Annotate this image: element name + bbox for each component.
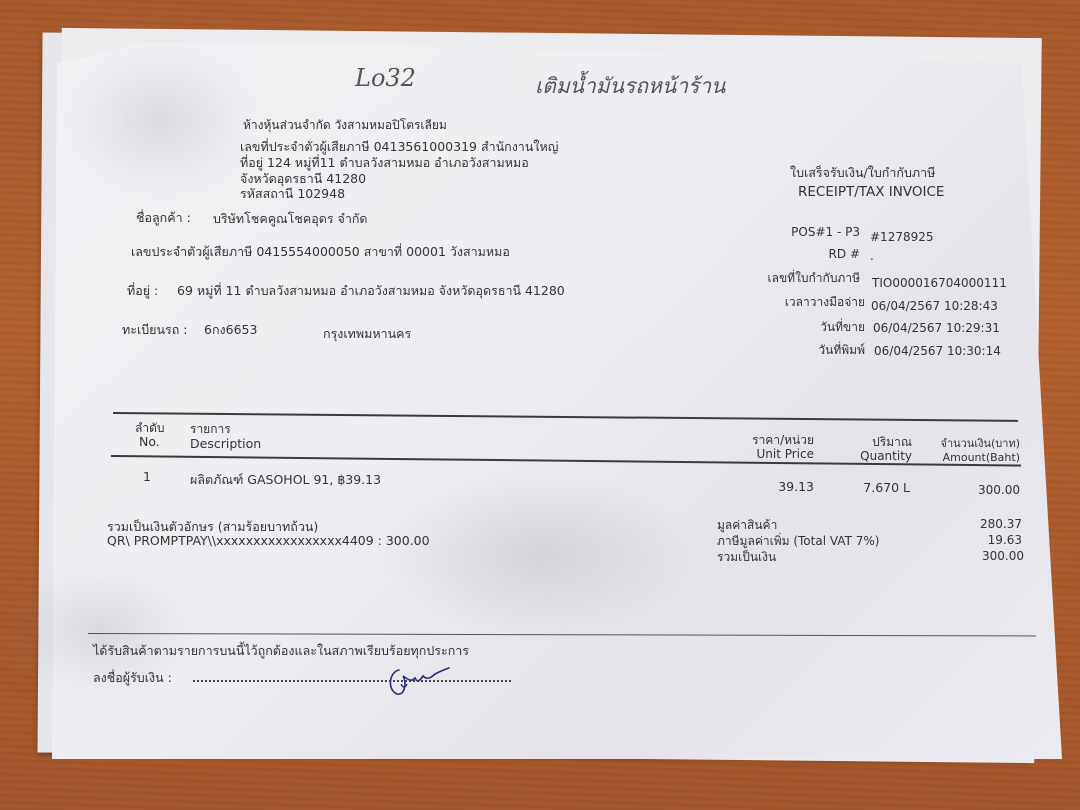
handwritten-note: เติมน้ำมันรถหน้าร้าน [535,70,725,103]
handwritten-signature [385,660,455,700]
payment-method: QR\ PROMPTPAY\\xxxxxxxxxxxxxxxxx4409 : 3… [107,533,430,548]
header-amount-en: Amount(Baht) [915,451,1020,464]
meta-label: RD # [720,247,860,261]
header-qty-en: Quantity [820,449,912,463]
seller-station-code: รหัสสถานี 102948 [240,184,345,204]
document-title-english: RECEIPT/TAX INVOICE [798,184,944,200]
customer-name-label: ชื่อลูกค้า : [136,208,191,228]
row-description: ผลิตภัณฑ์ GASOHOL 91, ฿39.13 [190,470,381,490]
customer-tax-id: เลขประจำตัวผู้เสียภาษี 0415554000050 สาข… [131,242,510,262]
plate-label: ทะเบียนรถ : [122,320,188,340]
meta-label: วันที่ขาย [725,318,865,337]
header-amount-th: จำนวนเงิน(บาท) [915,434,1020,452]
subtotal-value: 280.37 [940,517,1022,531]
meta-value-date: 06/04/2567 10:29:31 [873,321,1000,335]
row-quantity: 7.670 L [830,480,910,495]
acknowledgement-text: ได้รับสินค้าตามรายการบนนี้ไว้ถูกต้องและใ… [93,641,469,661]
total-value: 300.00 [940,549,1024,563]
document-title-thai: ใบเสร็จรับเงิน/ใบกำกับภาษี [790,163,935,183]
meta-value-date: 06/04/2567 10:28:43 [871,299,998,313]
meta-label: POS#1 - P3 [720,225,860,239]
plate-province: กรุงเทพมหานคร [323,324,411,344]
seller-name: ห้างหุ้นส่วนจำกัด วังสามหมอปิโตรเลียม [243,116,447,135]
customer-name: บริษัทโชคคูณโชคอุดร จำกัด [213,209,368,229]
vat-value: 19.63 [940,533,1022,547]
meta-label: วันที่พิมพ์ [725,341,865,360]
meta-label: เลขที่ใบกำกับภาษี [720,269,860,288]
meta-value-date: 06/04/2567 10:30:14 [874,344,1001,358]
handwritten-code: Lo32 [355,64,416,92]
meta-value: #1278925 [870,230,934,244]
meta-value: . [870,249,874,263]
header-price-en: Unit Price [710,447,814,461]
header-no-en: No. [139,434,160,449]
row-amount: 300.00 [940,483,1020,497]
customer-address: 69 หมู่ที่ 11 ตำบลวังสามหมอ อำเภอวังสามห… [177,281,565,301]
total-label: รวมเป็นเงิน [717,548,776,567]
header-desc-en: Description [190,436,261,451]
signature-line [193,680,511,682]
plate-number: 6กง6653 [204,320,257,340]
signature-label: ลงชื่อผู้รับเงิน : [93,668,172,688]
customer-address-label: ที่อยู่ : [127,281,158,301]
meta-value-tax-invoice-no: TIO000016704000111 [872,276,1007,290]
row-no: 1 [143,469,151,484]
row-unit-price: 39.13 [740,479,814,494]
meta-label: เวลาวางมือจ่าย [725,293,865,312]
